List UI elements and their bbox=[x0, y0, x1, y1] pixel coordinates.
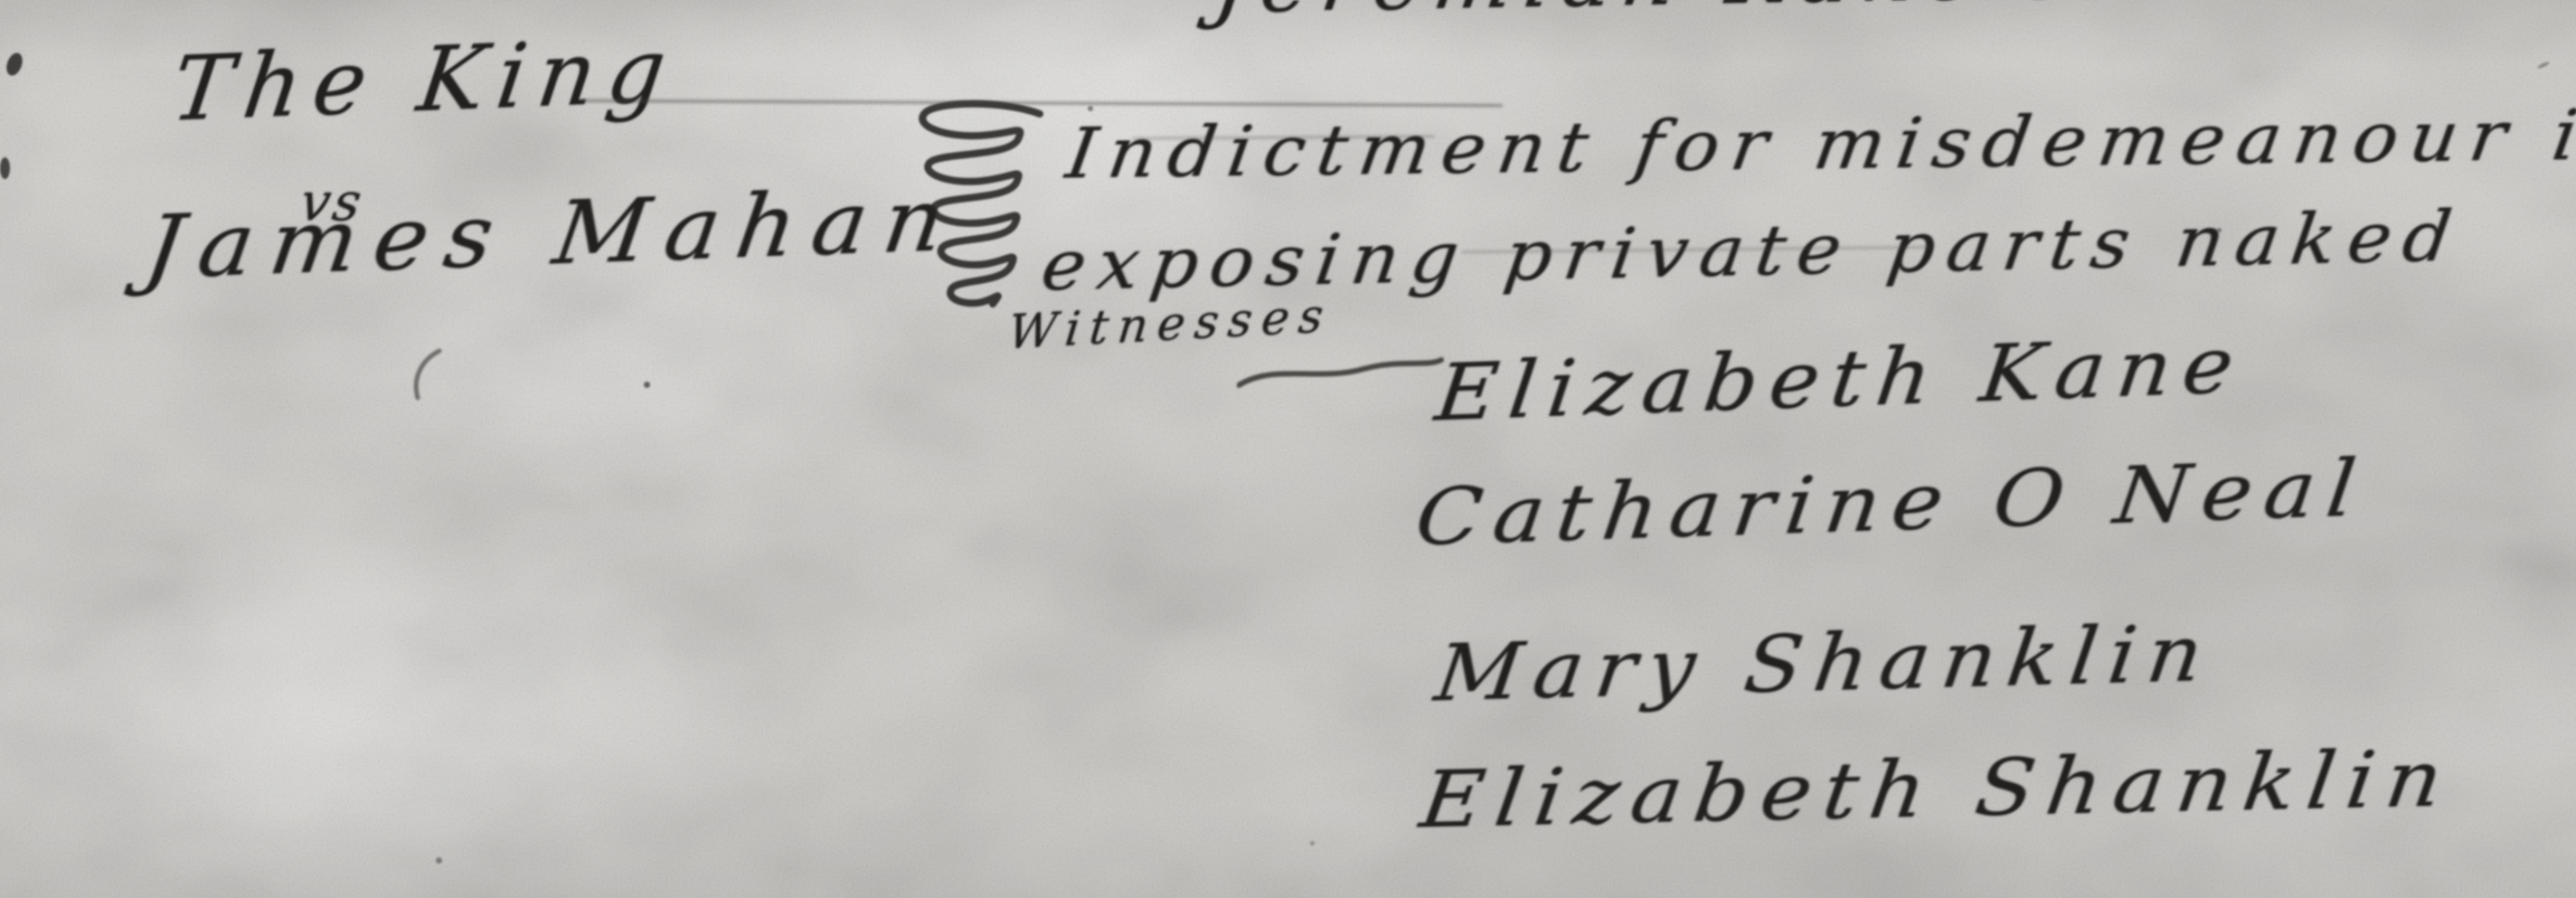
witness-name: Catharine O Neal bbox=[1411, 449, 2372, 557]
stray-pen-stroke bbox=[403, 347, 448, 402]
witnesses-label-flourish bbox=[1237, 354, 1445, 396]
case-party-plaintiff: The King bbox=[166, 26, 683, 135]
document-scan: Jeremiah Kane ss. The King vs James Maha… bbox=[0, 0, 2576, 898]
ink-speck bbox=[1088, 106, 1093, 111]
ink-speck bbox=[4, 51, 25, 78]
case-party-defendant: James Mahan bbox=[139, 176, 966, 292]
ink-speck bbox=[2217, 228, 2222, 232]
charge-line-2: exposing private parts naked bbox=[1037, 202, 2467, 301]
charge-line-1: Indictment for misdemeanour in bbox=[1062, 100, 2576, 190]
witness-name: Elizabeth Shanklin bbox=[1416, 740, 2458, 839]
partial-previous-entry-line: Jeremiah Kane ss. bbox=[1211, 0, 2180, 25]
ink-speck bbox=[1310, 841, 1315, 846]
witness-name: Elizabeth Kane bbox=[1431, 326, 2249, 433]
case-brace-scribble-icon bbox=[884, 98, 1047, 319]
ink-speck bbox=[0, 157, 10, 179]
ink-speck bbox=[644, 382, 650, 388]
ink-speck bbox=[2537, 61, 2550, 70]
witness-name: Mary Shanklin bbox=[1431, 614, 2219, 713]
ink-speck bbox=[436, 857, 442, 864]
